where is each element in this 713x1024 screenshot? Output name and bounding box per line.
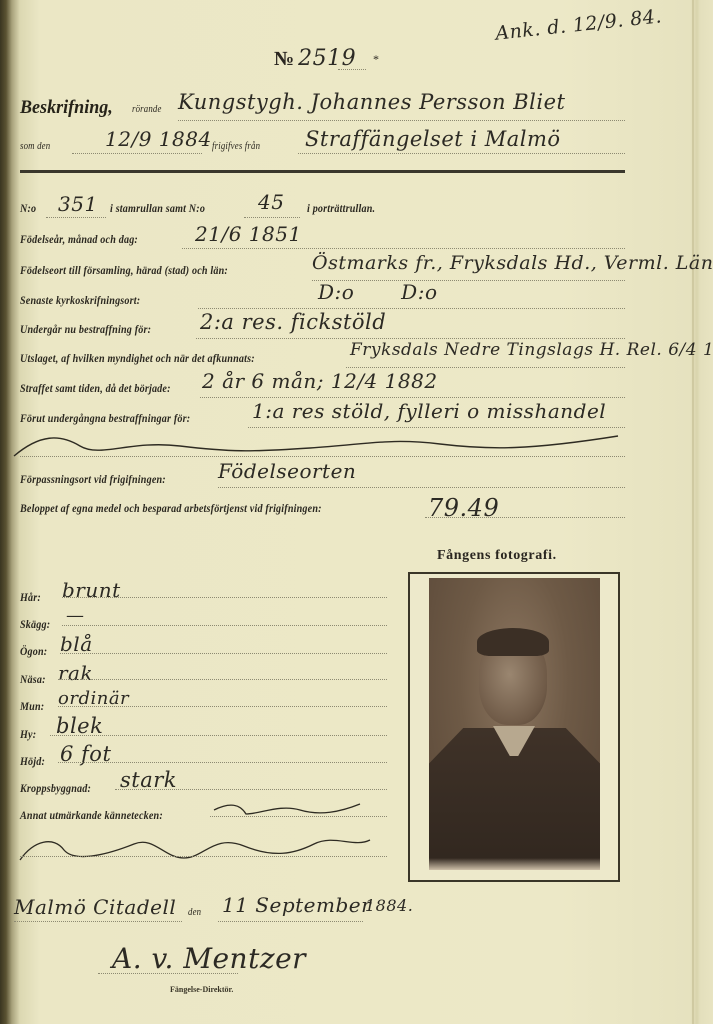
crime-dotline (196, 338, 625, 339)
complexion-dotline (50, 735, 387, 736)
field-value-parish: D:o D:o (318, 280, 438, 304)
stamrulla-dotline (46, 217, 106, 218)
field-label-prior: Förut undergångna bestraffningar för: (20, 413, 190, 425)
photo-glare (429, 858, 600, 870)
field-label-sentence: Straffet samt tiden, då det började: (20, 383, 171, 395)
field-label-parish: Senaste kyrkoskrifningsort: (20, 295, 140, 307)
received-annotation: Ank. d. 12/9. 84. (494, 5, 663, 44)
sentence-dotline (200, 397, 625, 398)
build-dotline (115, 789, 387, 790)
destination-dotline (218, 487, 625, 488)
header-rule (20, 170, 625, 173)
field-value-sentence: 2 år 6 mån; 12/4 1882 (202, 369, 438, 393)
signing-year: 1884. (365, 896, 413, 915)
field-label-savings: Beloppet af egna medel och besparad arbe… (20, 503, 322, 515)
field-value-verdict: Fryksdals Nedre Tingslags H. Rel. 6/4 18… (350, 340, 713, 360)
frigifves-label: frigifves från (212, 141, 260, 152)
parish-dotline (198, 308, 625, 309)
height-dotline (58, 762, 387, 763)
date-dotline (72, 153, 202, 154)
other-marks-squiggle (210, 800, 370, 820)
prisoner-photograph (429, 578, 600, 870)
subject-dotline (178, 120, 625, 121)
signing-date: 11 September (222, 893, 371, 917)
institution-name: Straffängelset i Malmö (305, 127, 561, 151)
field-label-crime: Undergår nu bestraffning för: (20, 324, 151, 336)
desc-label-mouth: Mun: (20, 701, 44, 713)
field-label-birthplace: Födelseort till församling, härad (stad)… (20, 265, 228, 277)
nose-dotline (58, 679, 387, 680)
other-marks-dotline (210, 816, 387, 817)
signing-date-dotline (218, 921, 363, 922)
field-value-prior: 1:a res stöld, fylleri o misshandel (252, 399, 606, 423)
desc-value-hair: brunt (62, 578, 121, 602)
verdict-dotline (346, 367, 625, 368)
number-prefix: № (274, 48, 294, 70)
field-label-verdict: Utslaget, af hvilken myndighet och när d… (20, 353, 255, 365)
document-number: № 2519 (274, 46, 356, 71)
portratt-number: 45 (258, 190, 284, 214)
field-value-birthdate: 21/6 1851 (195, 222, 302, 246)
number-value: 2519 (298, 46, 356, 71)
photo-caption: Fångens fotografi. (437, 548, 557, 564)
field-value-crime: 2:a res. fickstöld (200, 310, 386, 334)
desc-value-nose: rak (58, 661, 93, 685)
field-value-destination: Födelseorten (218, 459, 356, 483)
desc-label-build: Kroppsbyggnad: (20, 783, 91, 795)
director-signature: A. v. Mentzer (112, 942, 306, 975)
desc-label-nose: Näsa: (20, 674, 46, 686)
desc-label-height: Höjd: (20, 756, 45, 768)
signature-title: Fängelse-Direktör. (170, 985, 233, 994)
field-label-birthdate: Födelseår, månad och dag: (20, 234, 138, 246)
beard-dotline (62, 625, 387, 626)
stamrulla-number: 351 (58, 192, 98, 216)
document-page: Ank. d. 12/9. 84. № 2519 * Beskrifning, … (0, 0, 713, 1024)
asterisk-mark: * (373, 52, 379, 67)
hair-dotline (62, 597, 387, 598)
place-dotline (14, 921, 182, 922)
document-title: Beskrifning, (20, 97, 113, 119)
savings-dotline (425, 517, 625, 518)
description-end-squiggle (14, 830, 374, 864)
prior-dotline (248, 427, 625, 428)
signature-dotline (98, 973, 238, 974)
field-value-birthplace: Östmarks fr., Fryksdals Hd., Verml. Län (312, 252, 713, 274)
portratt-label: i porträttrullan. (307, 203, 375, 215)
subject-name: Kungstygh. Johannes Persson Bliet (178, 90, 565, 114)
desc-label-complexion: Hy: (20, 729, 36, 741)
mouth-dotline (58, 706, 387, 707)
description-end-dotline (20, 856, 387, 857)
signing-place: Malmö Citadell (14, 895, 176, 919)
desc-value-beard: — (66, 605, 85, 626)
stamrulla-label: i stamrullan samt N:o (110, 203, 205, 215)
field-label-destination: Förpassningsort vid frigifningen: (20, 474, 166, 486)
den-label: den (188, 907, 201, 918)
desc-label-other-marks: Annat utmärkande kännetecken: (20, 810, 163, 822)
extra-dotline (20, 456, 625, 457)
desc-label-eyes: Ögon: (20, 646, 47, 658)
portratt-dotline (244, 217, 300, 218)
release-date: 12/9 1884 (105, 127, 212, 151)
photo-hair (477, 628, 549, 656)
institution-dotline (298, 153, 625, 154)
desc-label-hair: Hår: (20, 592, 41, 604)
desc-label-beard: Skägg: (20, 619, 50, 631)
rorande-label: rörande (132, 104, 162, 115)
page-fold (692, 0, 694, 1024)
birthdate-dotline (182, 248, 625, 249)
no-label: N:o (20, 203, 36, 215)
som-den-label: som den (20, 141, 50, 152)
number-dotline (338, 69, 366, 70)
eyes-dotline (60, 653, 387, 654)
